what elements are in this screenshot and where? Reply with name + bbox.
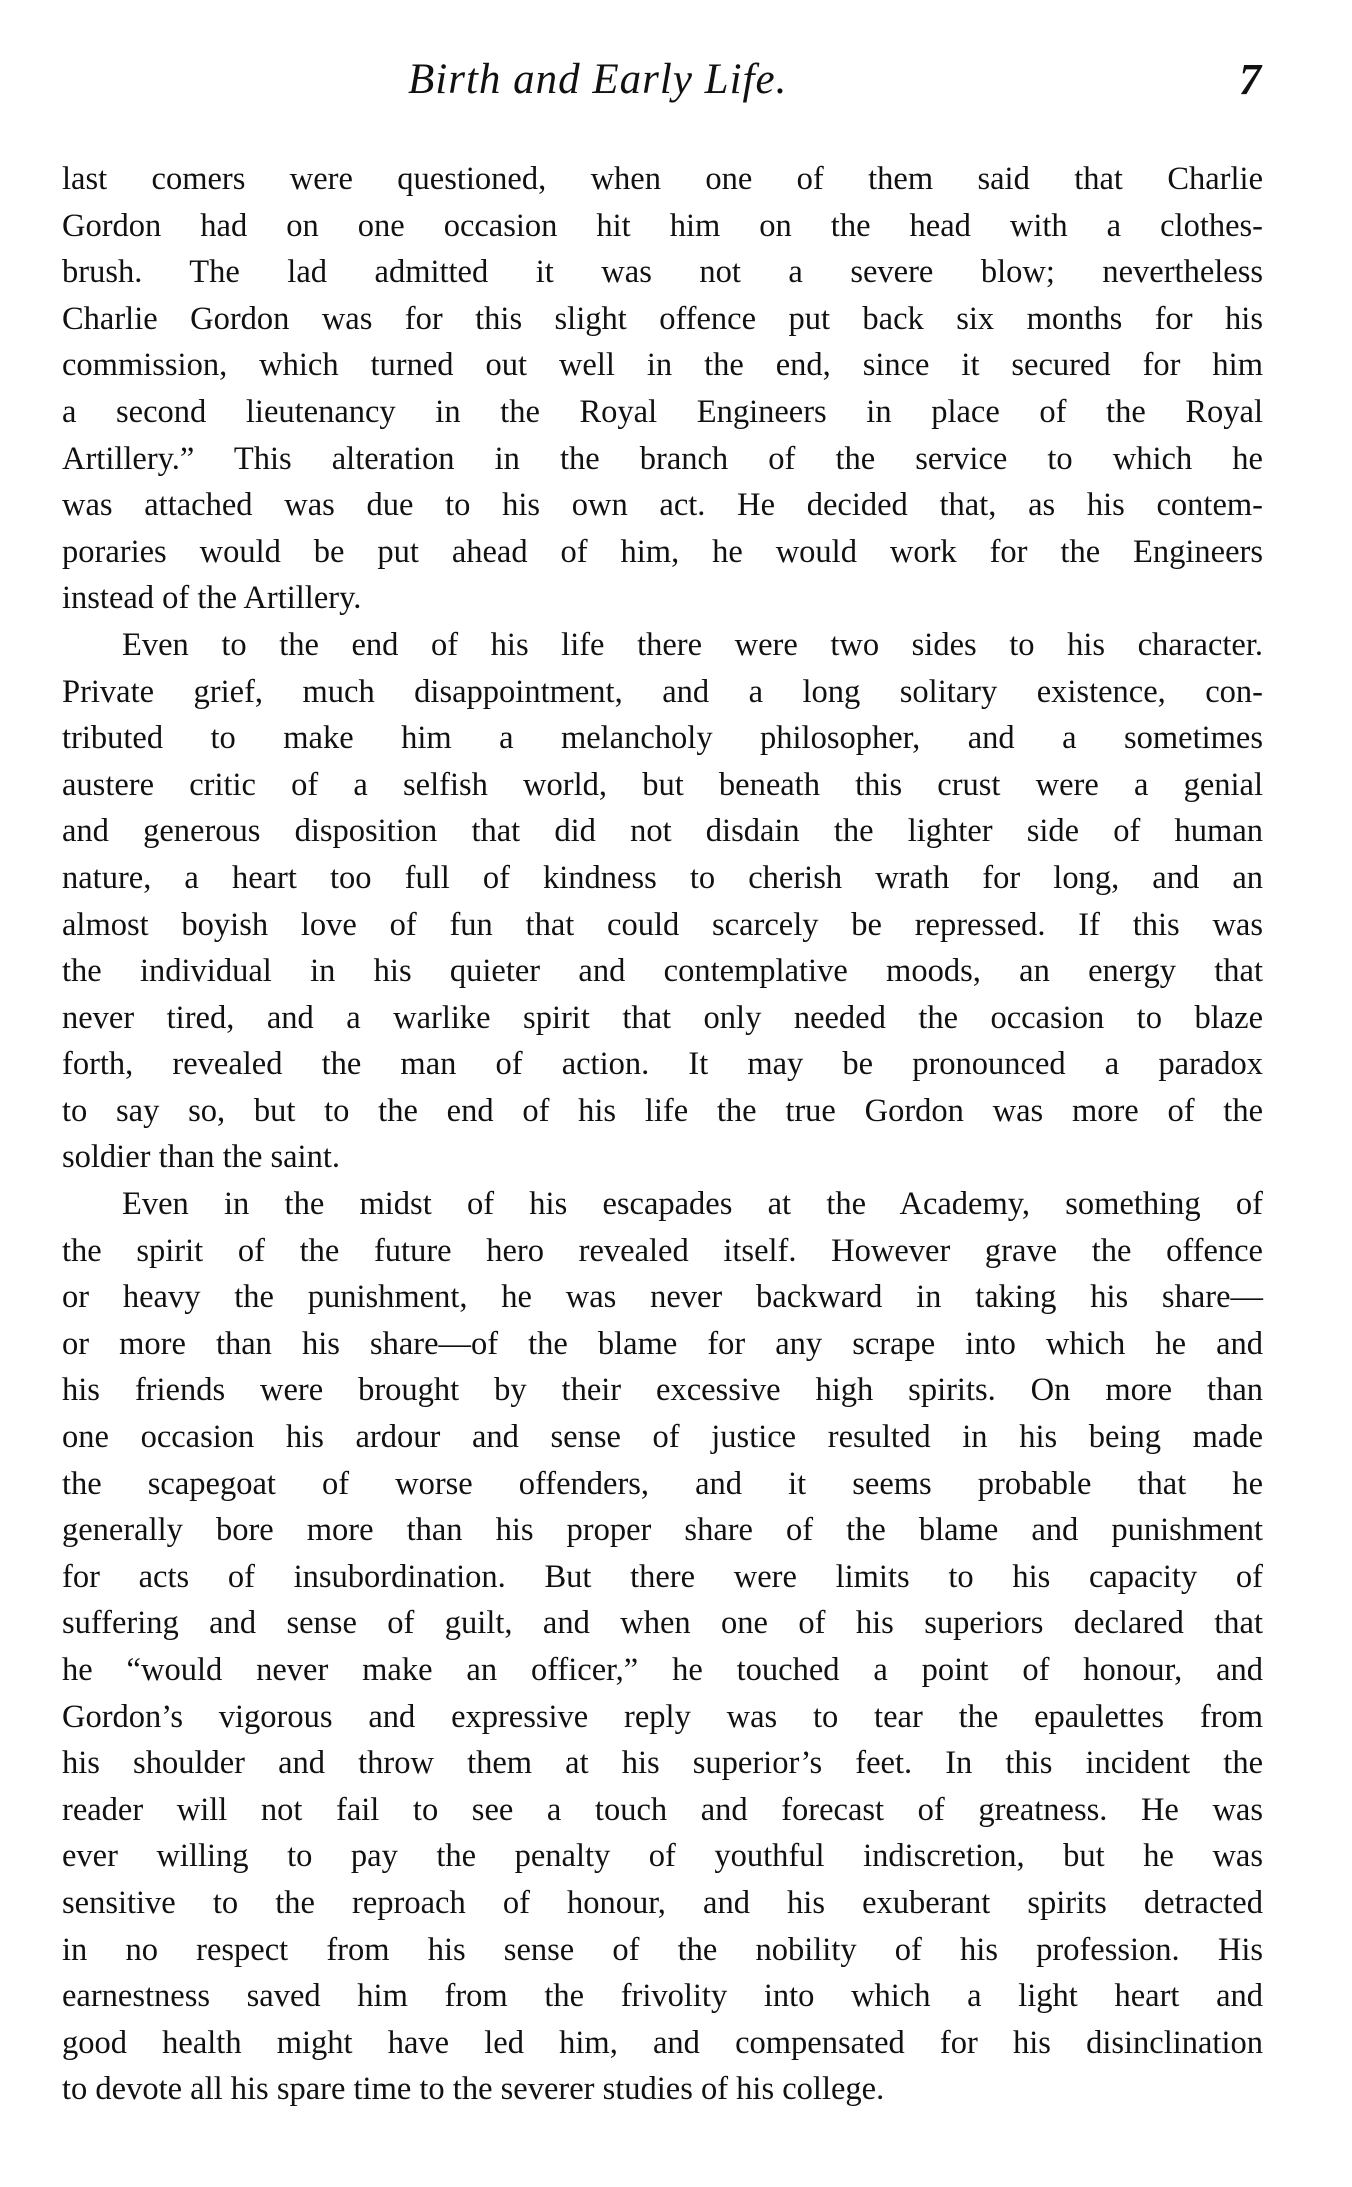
running-title: Birth and Early Life. [408,52,787,108]
text-line: for acts of insubordination. But there w… [62,1554,1263,1601]
paragraph-1: last comers were questioned, when one of… [62,156,1263,622]
text-line: tributed to make him a melancholy philos… [62,715,1263,762]
text-line: commission, which turned out well in the… [62,342,1263,389]
text-line: in no respect from his sense of the nobi… [62,1927,1263,1974]
text-line: last comers were questioned, when one of… [62,156,1263,203]
text-line: instead of the Artillery. [62,575,1263,622]
text-line: reader will not fail to see a touch and … [62,1787,1263,1834]
text-line: Charlie Gordon was for this slight offen… [62,296,1263,343]
text-line: Gordon’s vigorous and expressive reply w… [62,1694,1263,1741]
text-line: soldier than the saint. [62,1134,1263,1181]
text-line: a second lieutenancy in the Royal Engine… [62,389,1263,436]
text-line: ever willing to pay the penalty of youth… [62,1833,1263,1880]
book-page: Birth and Early Life. 7 last comers were… [0,0,1352,2187]
text-line: or heavy the punishment, he was never ba… [62,1274,1263,1321]
text-line: generally bore more than his proper shar… [62,1507,1263,1554]
paragraph-3: Even in the midst of his escapades at th… [62,1181,1263,2113]
text-line: to say so, but to the end of his life th… [62,1088,1263,1135]
text-line: he “would never make an officer,” he tou… [62,1647,1263,1694]
text-line: poraries would be put ahead of him, he w… [62,529,1263,576]
text-line: or more than his share—of the blame for … [62,1321,1263,1368]
page-number: 7 [1239,52,1261,108]
text-line: good health might have led him, and comp… [62,2020,1263,2067]
text-line: Private grief, much disappointment, and … [62,669,1263,716]
text-line: suffering and sense of guilt, and when o… [62,1600,1263,1647]
text-line: was attached was due to his own act. He … [62,482,1263,529]
text-line: nature, a heart too full of kindness to … [62,855,1263,902]
text-line: never tired, and a warlike spirit that o… [62,995,1263,1042]
text-line: Gordon had on one occasion hit him on th… [62,203,1263,250]
text-line: one occasion his ardour and sense of jus… [62,1414,1263,1461]
text-line: forth, revealed the man of action. It ma… [62,1041,1263,1088]
text-line: Artillery.” This alteration in the branc… [62,436,1263,483]
text-line: his shoulder and throw them at his super… [62,1740,1263,1787]
text-line: the individual in his quieter and contem… [62,948,1263,995]
paragraph-2: Even to the end of his life there were t… [62,622,1263,1181]
text-line: brush. The lad admitted it was not a sev… [62,249,1263,296]
text-line: the scapegoat of worse offenders, and it… [62,1461,1263,1508]
text-line: sensitive to the reproach of honour, and… [62,1880,1263,1927]
text-line: and generous disposition that did not di… [62,808,1263,855]
text-line: almost boyish love of fun that could sca… [62,902,1263,949]
running-head: Birth and Early Life. 7 [62,52,1263,108]
text-line: to devote all his spare time to the seve… [62,2066,1263,2113]
text-line: his friends were brought by their excess… [62,1367,1263,1414]
text-line: austere critic of a selfish world, but b… [62,762,1263,809]
body-text: last comers were questioned, when one of… [62,156,1263,2113]
text-line: the spirit of the future hero revealed i… [62,1228,1263,1275]
text-line: earnestness saved him from the frivolity… [62,1973,1263,2020]
text-line: Even in the midst of his escapades at th… [62,1181,1263,1228]
text-line: Even to the end of his life there were t… [62,622,1263,669]
